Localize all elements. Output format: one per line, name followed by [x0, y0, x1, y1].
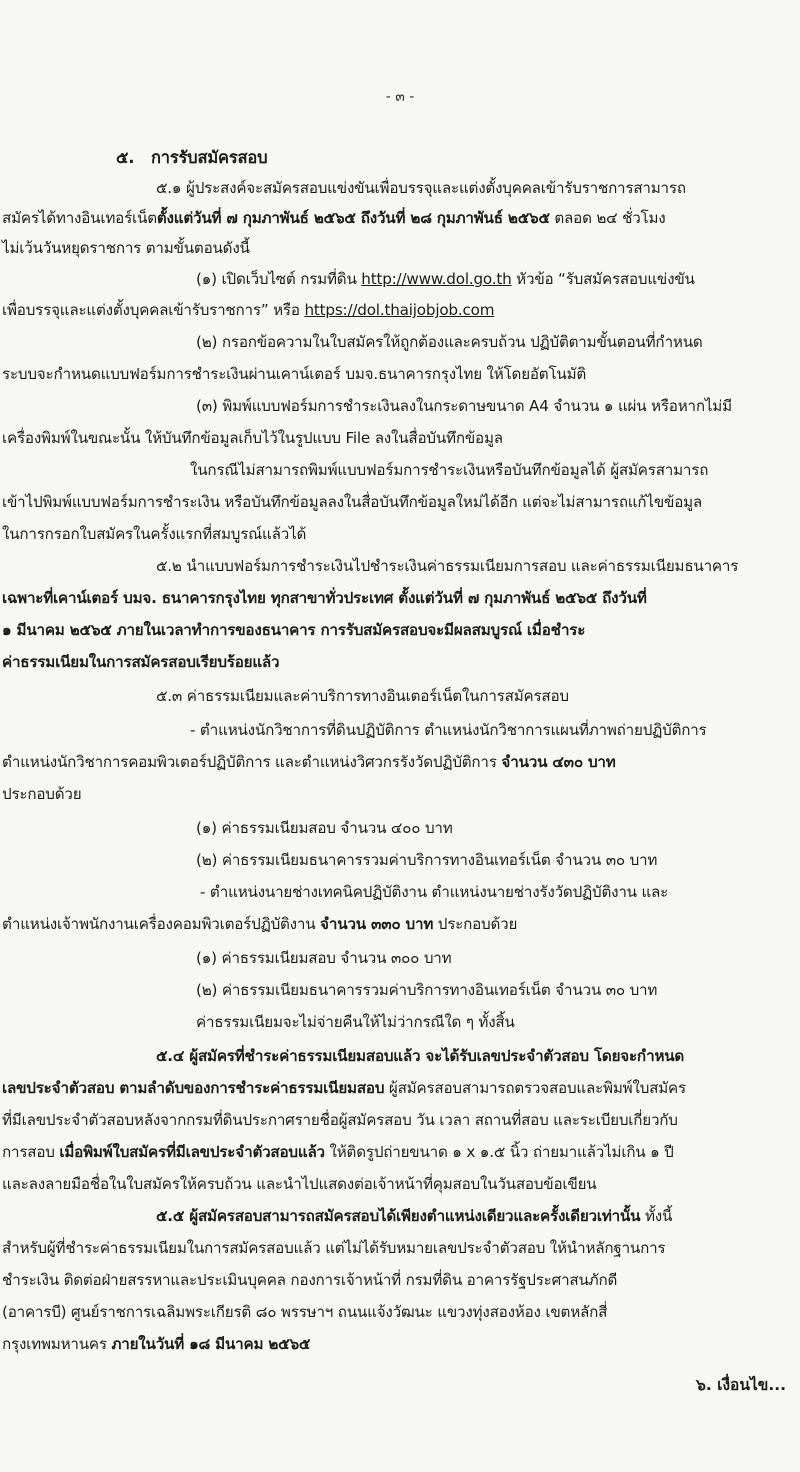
- s5-1-line2-a: สมัครได้ทางอินเทอร์เน็ต: [2, 209, 157, 227]
- s5-2-line3: ๑ มีนาคม ๒๕๖๕ ภายในเวลาทำการของธนาคาร กา…: [2, 620, 585, 640]
- dol-website-link[interactable]: http://www.dol.go.th: [361, 270, 511, 288]
- s5-1-line3: ไม่เว้นวันหยุดราชการ ตามขั้นตอนดังนี้: [2, 238, 250, 258]
- s5-4-line5: และลงลายมือชื่อในใบสมัครให้ครบถ้วน และนำ…: [2, 1174, 596, 1194]
- groupB-item2: (๒) ค่าธรรมเนียมธนาคารรวมค่าบริการทางอิน…: [196, 980, 657, 1000]
- section-title: การรับสมัครสอบ: [151, 148, 267, 167]
- step-2-line1: (๒) กรอกข้อความในใบสมัครให้ถูกต้องและครบ…: [196, 332, 703, 352]
- step-1-text-b: หัวข้อ “รับสมัครสอบแข่งขัน: [512, 270, 695, 288]
- section-number: ๕.: [116, 148, 134, 167]
- groupA-positions: ตำแหน่งนักวิชาการคอมพิวเตอร์ปฏิบัติการ แ…: [2, 753, 501, 771]
- s5-4-line2-rest: ผู้สมัครสอบสามารถตรวจสอบและพิมพ์ใบสมัคร: [384, 1079, 686, 1097]
- continued-marker: ๖. เงื่อนไข...: [696, 1372, 786, 1397]
- note-line2: เข้าไปพิมพ์แบบฟอร์มการชำระเงิน หรือบันทึ…: [2, 492, 702, 512]
- s5-4-line4: การสอบ เมื่อพิมพ์ใบสมัครที่มีเลขประจำตัว…: [2, 1142, 674, 1162]
- s5-3-groupA-line3: ประกอบด้วย: [2, 784, 81, 804]
- groupA-item2: (๒) ค่าธรรมเนียมธนาคารรวมค่าบริการทางอิน…: [196, 850, 657, 870]
- s5-5-line1-rest: ทั้งนี้: [640, 1207, 672, 1225]
- groupB-total-fee: จำนวน ๓๓๐ บาท: [320, 915, 433, 933]
- step-2-line2: ระบบจะกำหนดแบบฟอร์มการชำระเงินผ่านเคาน์เ…: [2, 364, 586, 384]
- page-number: - ๓ -: [0, 86, 800, 108]
- groupB-positions: ตำแหน่งเจ้าพนักงานเครื่องคอมพิวเตอร์ปฏิบ…: [2, 915, 320, 933]
- note-line3: ในการกรอกใบสมัครในครั้งแรกที่สมบูรณ์แล้ว…: [2, 524, 306, 544]
- s5-5-line4: (อาคารบี) ศูนย์ราชการเฉลิมพระเกียรติ ๘๐ …: [2, 1302, 607, 1322]
- step-1-cont: เพื่อบรรจุและแต่งตั้งบุคคลเข้ารับราชการ”…: [2, 300, 494, 320]
- s5-5-line1-bold: ๕.๕ ผู้สมัครสอบสามารถสมัครสอบได้เพียงตำแ…: [156, 1207, 640, 1225]
- s5-2-line4: ค่าธรรมเนียมในการสมัครสอบเรียบร้อยแล้ว: [2, 652, 279, 672]
- s5-4-line3: ที่มีเลขประจำตัวสอบหลังจากกรมที่ดินประกา…: [2, 1110, 678, 1130]
- s5-5-deadline: ภายในวันที่ ๑๘ มีนาคม ๒๕๖๕: [111, 1335, 310, 1353]
- s5-3-title: ๕.๓ ค่าธรรมเนียมและค่าบริการทางอินเตอร์เ…: [156, 686, 569, 706]
- groupB-consists-of: ประกอบด้วย: [433, 915, 517, 933]
- step-1-text-c: เพื่อบรรจุและแต่งตั้งบุคคลเข้ารับราชการ”…: [2, 301, 304, 319]
- step-3-line2: เครื่องพิมพ์ในขณะนั้น ให้บันทึกข้อมูลเก็…: [2, 428, 503, 448]
- step-1-text: (๑) เปิดเว็บไซต์ กรมที่ดิน: [196, 270, 361, 288]
- s5-1-line2: สมัครได้ทางอินเทอร์เน็ตตั้งแต่วันที่ ๗ ก…: [2, 208, 666, 228]
- s5-4-line1: ๕.๔ ผู้สมัครที่ชำระค่าธรรมเนียมสอบแล้ว จ…: [156, 1046, 684, 1066]
- s5-1-line1: ๕.๑ ผู้ประสงค์จะสมัครสอบแข่งขันเพื่อบรรจ…: [156, 178, 686, 198]
- thaijobjob-link[interactable]: https://dol.thaijobjob.com: [304, 301, 494, 319]
- s5-4-line4-a: การสอบ: [2, 1143, 59, 1161]
- application-period: ตั้งแต่วันที่ ๗ กุมภาพันธ์ ๒๕๖๕ ถึงวันที…: [157, 209, 550, 227]
- refund-note: ค่าธรรมเนียมจะไม่จ่ายคืนให้ไม่ว่ากรณีใด …: [196, 1012, 515, 1032]
- s5-3-groupB-line2: ตำแหน่งเจ้าพนักงานเครื่องคอมพิวเตอร์ปฏิบ…: [2, 914, 517, 934]
- s5-3-groupA-line2: ตำแหน่งนักวิชาการคอมพิวเตอร์ปฏิบัติการ แ…: [2, 752, 616, 772]
- document-page: - ๓ - ๕. การรับสมัครสอบ ๕.๑ ผู้ประสงค์จะ…: [0, 0, 800, 1472]
- groupB-item1: (๑) ค่าธรรมเนียมสอบ จำนวน ๓๐๐ บาท: [196, 948, 451, 968]
- step-1: (๑) เปิดเว็บไซต์ กรมที่ดิน http://www.do…: [196, 269, 695, 289]
- groupA-total-fee: จำนวน ๔๓๐ บาท: [501, 753, 615, 771]
- s5-1-line2-c: ตลอด ๒๔ ชั่วโมง: [550, 209, 666, 227]
- s5-4-line2-bold: เลขประจำตัวสอบ ตามลำดับของการชำระค่าธรรม…: [2, 1079, 384, 1097]
- note-line1: ในกรณีไม่สามารถพิมพ์แบบฟอร์มการชำระเงินห…: [190, 460, 708, 480]
- step-3-line1: (๓) พิมพ์แบบฟอร์มการชำระเงินลงในกระดาษขน…: [196, 396, 732, 416]
- groupA-item1: (๑) ค่าธรรมเนียมสอบ จำนวน ๔๐๐ บาท: [196, 818, 453, 838]
- s5-3-groupB-line1: - ตำแหน่งนายช่างเทคนิคปฏิบัติงาน ตำแหน่ง…: [200, 882, 668, 902]
- s5-4-line2: เลขประจำตัวสอบ ตามลำดับของการชำระค่าธรรม…: [2, 1078, 686, 1098]
- s5-5-line2: สำหรับผู้ที่ชำระค่าธรรมเนียมในการสมัครสอ…: [2, 1238, 665, 1258]
- s5-5-line5: กรุงเทพมหานคร ภายในวันที่ ๑๘ มีนาคม ๒๕๖๕: [2, 1334, 310, 1354]
- s5-4-line4-bold: เมื่อพิมพ์ใบสมัครที่มีเลขประจำตัวสอบแล้ว: [59, 1143, 325, 1161]
- s5-2-line1: ๕.๒ นำแบบฟอร์มการชำระเงินไปชำระเงินค่าธร…: [156, 556, 738, 576]
- s5-5-line5-a: กรุงเทพมหานคร: [2, 1335, 111, 1353]
- section-heading: ๕. การรับสมัครสอบ: [116, 148, 267, 168]
- s5-5-line1: ๕.๕ ผู้สมัครสอบสามารถสมัครสอบได้เพียงตำแ…: [156, 1206, 672, 1226]
- s5-3-groupA-line1: - ตำแหน่งนักวิชาการที่ดินปฏิบัติการ ตำแห…: [190, 720, 707, 740]
- s5-2-line2: เฉพาะที่เคาน์เตอร์ บมจ. ธนาคารกรุงไทย ทุ…: [2, 588, 647, 608]
- s5-4-line4-c: ให้ติดรูปถ่ายขนาด ๑ x ๑.๕ นิ้ว ถ่ายมาแล้…: [325, 1143, 674, 1161]
- s5-5-line3: ชำระเงิน ติดต่อฝ่ายสรรหาและประเมินบุคคล …: [2, 1270, 617, 1290]
